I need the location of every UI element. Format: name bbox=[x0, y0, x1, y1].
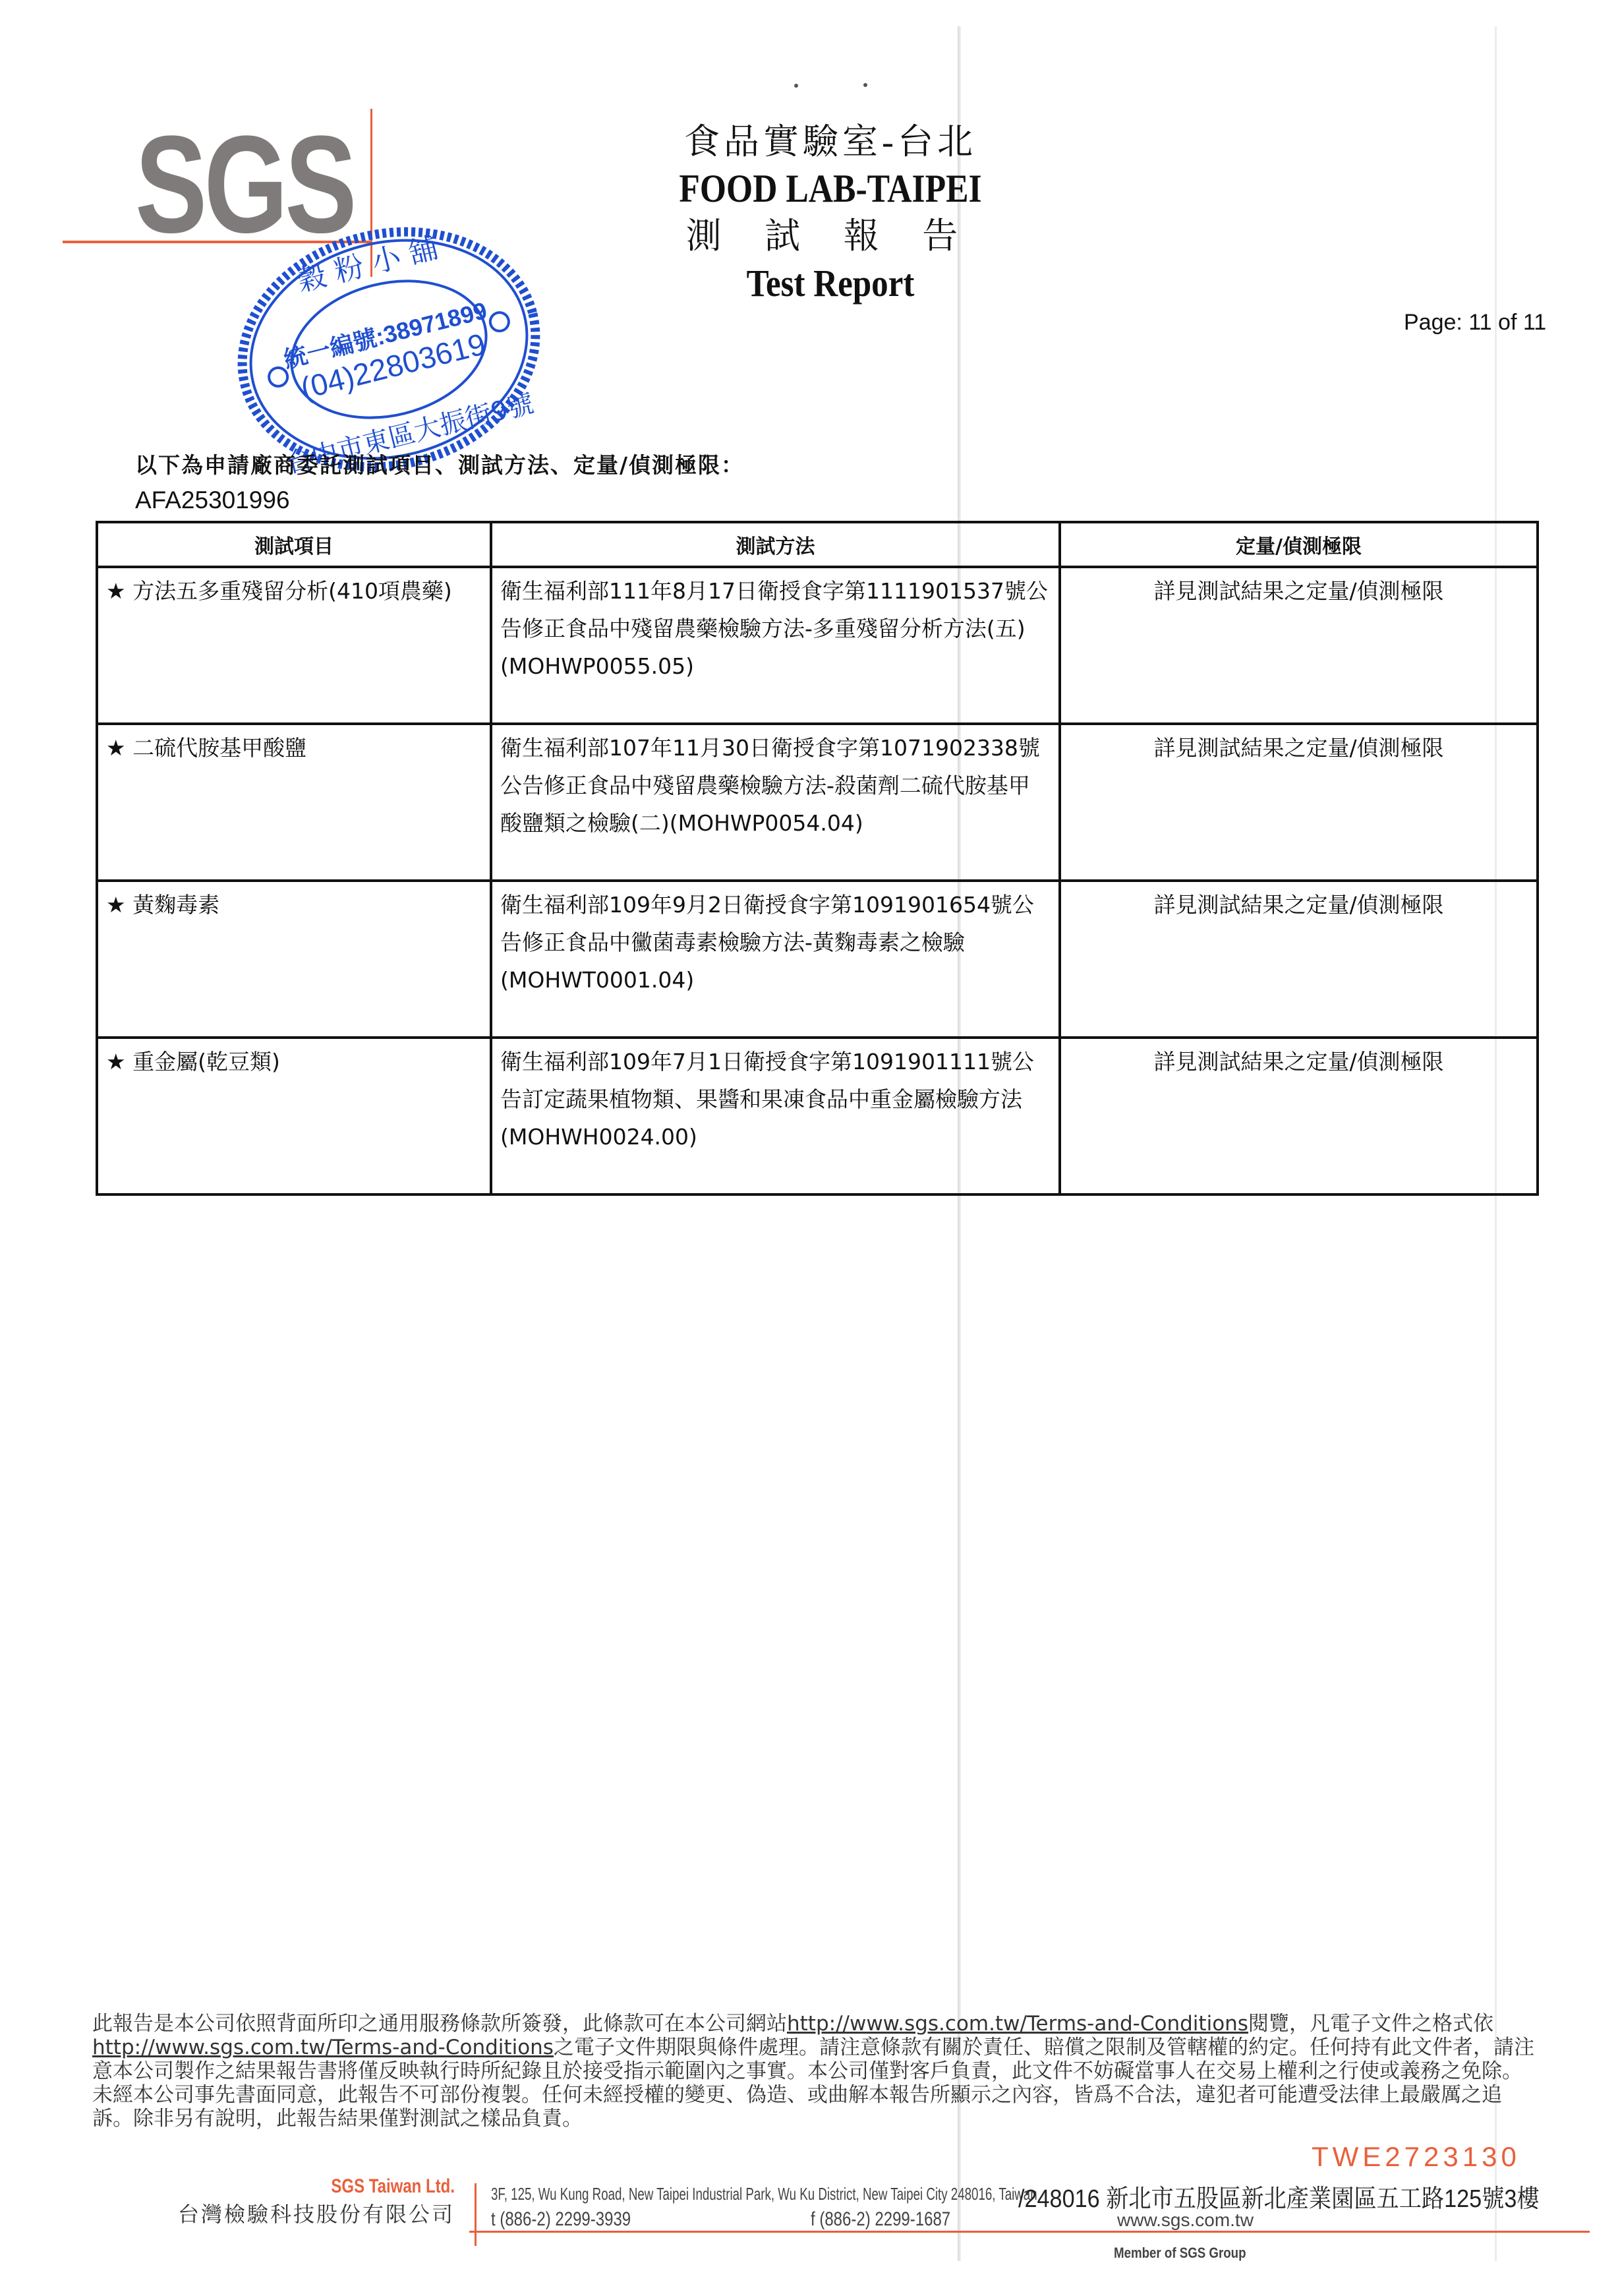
sgs-logo: SGS bbox=[135, 115, 354, 254]
doc-type-en: Test Report bbox=[622, 260, 1039, 307]
test-item: ★ 二硫代胺基甲酸鹽 bbox=[97, 724, 491, 881]
lab-name-en: FOOD LAB-TAIPEI bbox=[626, 165, 1034, 212]
table-row: ★ 方法五多重殘留分析(410項農藥) 衛生福利部111年8月17日衛授食字第1… bbox=[97, 567, 1538, 724]
table-header-row: 測試項目 測試方法 定量/偵測極限 bbox=[97, 522, 1538, 567]
address-en: 3F, 125, Wu Kung Road, New Taipei Indust… bbox=[491, 2184, 1037, 2204]
lab-name-zh: 食品實驗室-台北 bbox=[593, 119, 1068, 165]
test-item: ★ 重金屬(乾豆類) bbox=[97, 1038, 491, 1194]
report-header: 食品實驗室-台北 FOOD LAB-TAIPEI 測 試 報 告 Test Re… bbox=[593, 119, 1068, 307]
scan-speck bbox=[863, 83, 867, 87]
legal-disclaimer: 此報告是本公司依照背面所印之通用服務條款所簽發，此條款可在本公司網站http:/… bbox=[92, 2012, 1542, 2131]
test-methods-table: 測試項目 測試方法 定量/偵測極限 ★ 方法五多重殘留分析(410項農藥) 衛生… bbox=[96, 521, 1539, 1196]
detection-limit: 詳見測試結果之定量/偵測極限 bbox=[1060, 567, 1538, 724]
disclaimer-text-1: 此報告是本公司依照背面所印之通用服務條款所簽發，此條款可在本公司網站 bbox=[92, 2012, 787, 2036]
table-row: ★ 重金屬(乾豆類) 衛生福利部109年7月1日衛授食字第1091901111號… bbox=[97, 1038, 1538, 1194]
member-of-group: Member of SGS Group bbox=[1114, 2245, 1246, 2262]
header-test-item: 測試項目 bbox=[97, 522, 491, 567]
disclaimer-text-2: 閱覽，凡電子文件之格式依 bbox=[1248, 2012, 1493, 2036]
fax: f (886-2) 2299-1687 bbox=[811, 2208, 950, 2231]
reference-number: AFA25301996 bbox=[135, 486, 290, 514]
test-method: 衛生福利部109年9月2日衛授食字第1091901654號公告修正食品中黴菌毒素… bbox=[491, 881, 1060, 1038]
stamp-shop-name: 穀 粉 小 舖 bbox=[294, 231, 442, 298]
table-row: ★ 黃麴毒素 衛生福利部109年9月2日衛授食字第1091901654號公告修正… bbox=[97, 881, 1538, 1038]
terms-link-electronic[interactable]: http://www.sgs.com.tw/Terms-and-Conditio… bbox=[92, 2036, 554, 2059]
scan-speck bbox=[794, 84, 798, 88]
test-method: 衛生福利部107年11月30日衛授食字第1071902338號公告修正食品中殘留… bbox=[491, 724, 1060, 881]
detection-limit: 詳見測試結果之定量/偵測極限 bbox=[1060, 881, 1538, 1038]
test-method: 衛生福利部111年8月17日衛授食字第1111901537號公告修正食品中殘留農… bbox=[491, 567, 1060, 724]
company-block: SGS Taiwan Ltd. 台灣檢驗科技股份有限公司 bbox=[119, 2175, 455, 2228]
terms-link[interactable]: http://www.sgs.com.tw/Terms-and-Conditio… bbox=[787, 2012, 1248, 2036]
doc-type-zh: 測 試 報 告 bbox=[593, 212, 1068, 260]
header-test-method: 測試方法 bbox=[491, 522, 1060, 567]
page-indicator: Page: 11 of 11 bbox=[1404, 310, 1546, 336]
website-link[interactable]: www.sgs.com.tw bbox=[1117, 2210, 1254, 2231]
test-item: ★ 方法五多重殘留分析(410項農藥) bbox=[97, 567, 491, 724]
test-item: ★ 黃麴毒素 bbox=[97, 881, 491, 1038]
footer-rule-vertical bbox=[475, 2183, 477, 2246]
footer-rule-horizontal bbox=[469, 2231, 1590, 2233]
table-row: ★ 二硫代胺基甲酸鹽 衛生福利部107年11月30日衛授食字第107190233… bbox=[97, 724, 1538, 881]
telephone: t (886-2) 2299-3939 bbox=[491, 2208, 631, 2231]
document-serial: TWE2723130 bbox=[1312, 2141, 1520, 2173]
header-detection-limit: 定量/偵測極限 bbox=[1060, 522, 1538, 567]
intro-text: 以下為申請廠商委託測試項目、測試方法、定量/偵測極限： bbox=[135, 448, 744, 479]
company-name-en: SGS Taiwan Ltd. bbox=[186, 2175, 455, 2198]
address-zh: /248016 新北市五股區新北產業園區五工路125號3樓 bbox=[1018, 2178, 1540, 2214]
company-name-zh: 台灣檢驗科技股份有限公司 bbox=[119, 2198, 455, 2228]
test-method: 衛生福利部109年7月1日衛授食字第1091901111號公告訂定蔬果植物類、果… bbox=[491, 1038, 1060, 1194]
detection-limit: 詳見測試結果之定量/偵測極限 bbox=[1060, 1038, 1538, 1194]
detection-limit: 詳見測試結果之定量/偵測極限 bbox=[1060, 724, 1538, 881]
